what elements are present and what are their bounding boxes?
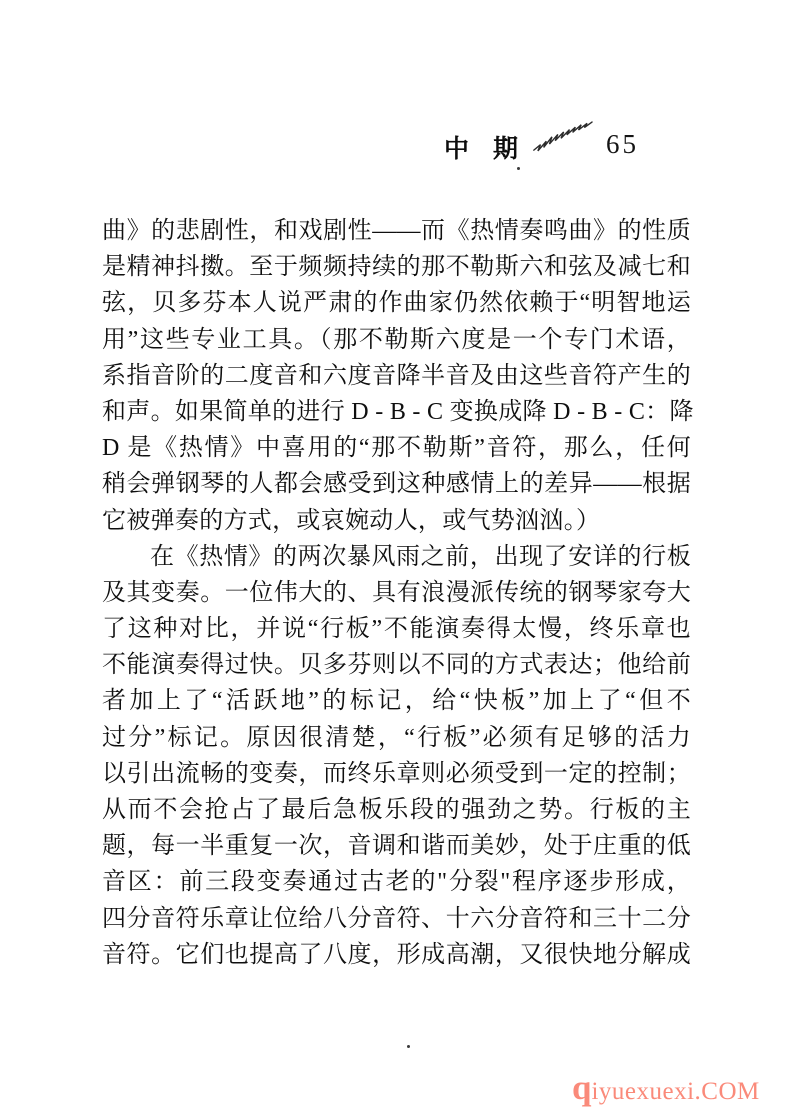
text-line: 和声。如果简单的进行 D - B - C 变换成降 D - B - C：降 <box>102 394 691 430</box>
text-line: 了这种对比，并说“行板”不能演奏得太慢，终乐章也 <box>102 611 691 647</box>
text-line: 及其变奏。一位伟大的、具有浪漫派传统的钢琴家夸大 <box>102 575 691 611</box>
site-watermark: q iyuexuexi.COM <box>572 1070 760 1105</box>
text-line-paragraph-start: 在《热情》的两次暴风雨之前，出现了安详的行板 <box>102 539 691 575</box>
scan-speck <box>407 1045 410 1048</box>
text-line: 不能演奏得过快。贝多芬则以不同的方式表达；他给前 <box>102 647 691 683</box>
text-line: D 是《热情》中喜用的“那不勒斯”音符，那么，任何 <box>102 430 691 466</box>
text-line: 系指音阶的二度音和六度音降半音及由这些音符产生的 <box>102 358 691 394</box>
handwritten-scribble-mark <box>530 120 598 155</box>
text-line: 曲》的悲剧性，和戏剧性——而《热情奏鸣曲》的性质 <box>102 213 691 249</box>
text-line: 题，每一半重复一次，音调和谐而美妙，处于庄重的低 <box>102 828 691 864</box>
scan-speck <box>517 167 520 170</box>
text-line: 过分”标记。原因很清楚，“行板”必须有足够的活力 <box>102 720 691 756</box>
text-line: 是精神抖擞。至于频频持续的那不勒斯六和弦及减七和 <box>102 249 691 285</box>
text-line: 弦，贝多芬本人说严肃的作曲家仍然依赖于“明智地运 <box>102 285 691 321</box>
text-line: 者加上了“活跃地”的标记，给“快板”加上了“但不 <box>102 683 691 719</box>
text-line: 以引出流畅的变奏，而终乐章则必须受到一定的控制； <box>102 756 691 792</box>
page-number: 65 <box>606 129 639 160</box>
text-line: 从而不会抢占了最后急板乐段的强劲之势。行板的主 <box>102 792 691 828</box>
text-line: 音符。它们也提高了八度，形成高潮，又很快地分解成 <box>102 937 691 973</box>
text-line: 稍会弹钢琴的人都会感受到这种感情上的差异——根据 <box>102 466 691 502</box>
text-line: 音区：前三段变奏通过古老的"分裂"程序逐步形成， <box>102 864 691 900</box>
text-line: 它被弹奏的方式，或哀婉动人，或气势汹汹。） <box>102 503 691 539</box>
text-line: 四分音符乐章让位给八分音符、十六分音符和三十二分 <box>102 901 691 937</box>
section-title: 中期 <box>444 129 542 165</box>
text-line: 用”这些专业工具。（那不勒斯六度是一个专门术语， <box>102 322 691 358</box>
watermark-bold-letter: q <box>572 1070 591 1105</box>
watermark-text: iyuexuexi.COM <box>591 1079 759 1104</box>
scanned-book-page: 中期 65 曲》的悲剧性，和戏剧性——而《热情奏鸣曲》的性质 是精神抖擞。至于频… <box>0 0 794 1120</box>
body-text-block: 曲》的悲剧性，和戏剧性——而《热情奏鸣曲》的性质 是精神抖擞。至于频频持续的那不… <box>102 213 691 973</box>
